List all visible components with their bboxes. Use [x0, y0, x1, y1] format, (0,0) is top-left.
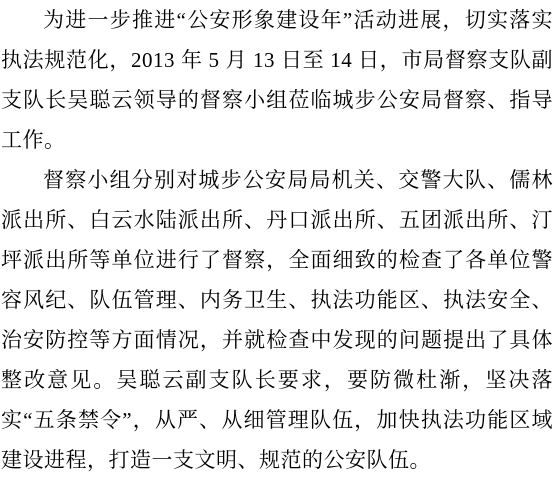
paragraph-inspection-visit: 为进一步推进“公安形象建设年”活动进展，切实落实执法规范化，2013 年 5 月… [1, 0, 553, 160]
document-page: 为进一步推进“公安形象建设年”活动进展，切实落实执法规范化，2013 年 5 月… [0, 0, 554, 480]
paragraph-inspection-details: 督察小组分别对城步公安局局机关、交警大队、儒林派出所、白云水陆派出所、丹口派出所… [1, 160, 553, 480]
